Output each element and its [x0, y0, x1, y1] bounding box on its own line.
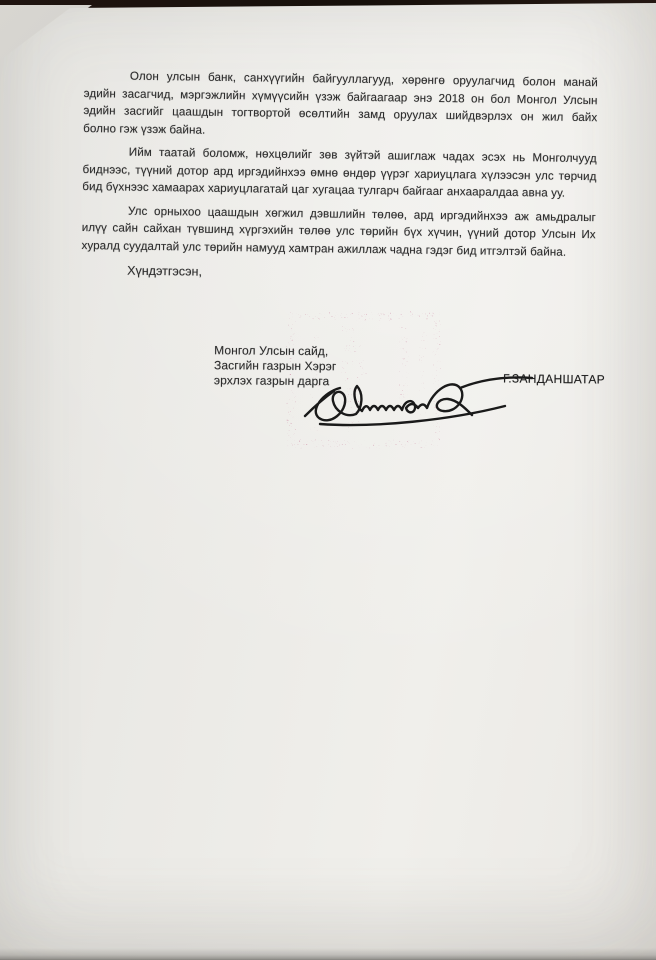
- closing-salutation: Хүндэтгэсэн,: [81, 262, 595, 287]
- letter-body: Олон улсын банк, санхүүгийн байгууллагуу…: [81, 67, 598, 287]
- paragraph-2: Ийм таатай боломж, нөхцөлийг зөв зүйтэй …: [82, 143, 597, 203]
- letter-page: Олон улсын банк, санхүүгийн байгууллагуу…: [0, 0, 656, 960]
- handwritten-signature: [300, 358, 535, 438]
- paragraph-3: Улс орныхоо цаашдын хөгжил дэвшлийн төлө…: [81, 201, 596, 261]
- paragraph-1: Олон улсын банк, санхүүгийн байгууллагуу…: [83, 67, 598, 144]
- photographed-letter: Олон улсын банк, санхүүгийн байгууллагуу…: [0, 0, 656, 960]
- signer-name: Г.ЗАНДАНШАТАР: [503, 371, 605, 386]
